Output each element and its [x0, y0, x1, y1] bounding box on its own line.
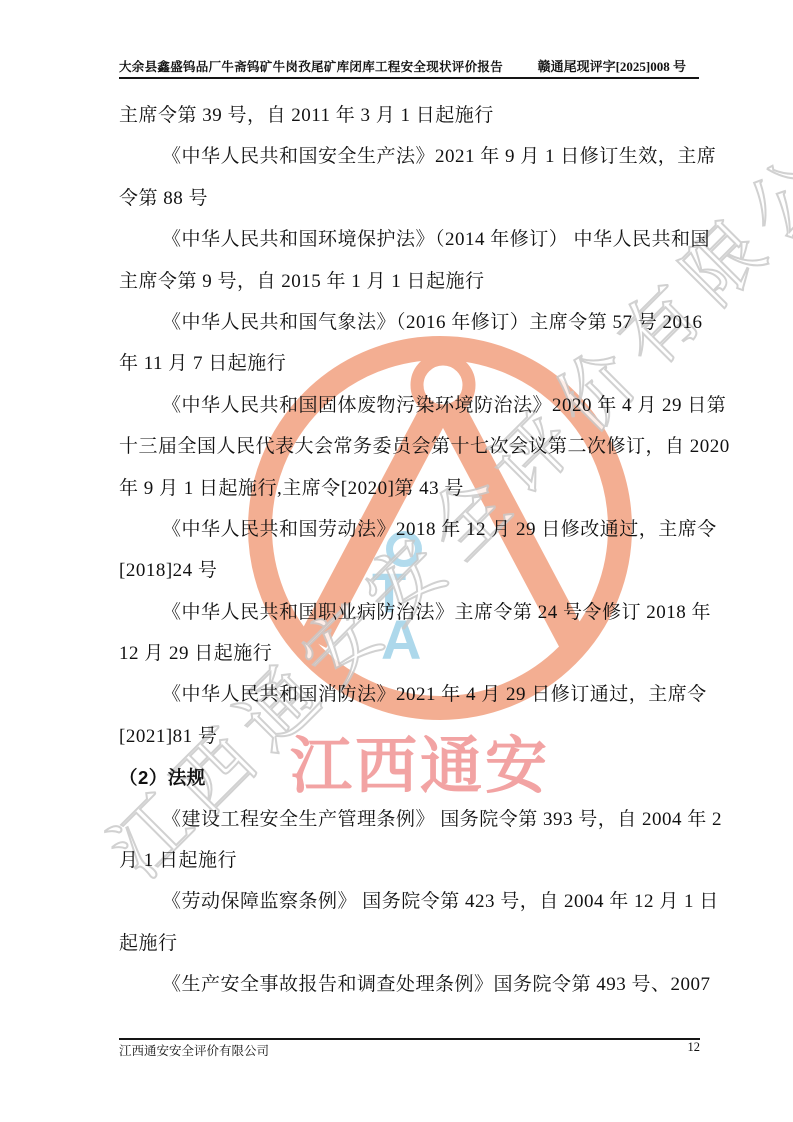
body-line: 《生产安全事故报告和调查处理条例》国务院令第 493 号、2007 — [119, 964, 701, 1005]
document-page: 大余县鑫盛钨品厂牛斋钨矿牛岗孜尾矿库闭库工程安全现状评价报告 赣通尾现评字[20… — [0, 0, 793, 1122]
body-line: 《中华人民共和国气象法》（2016 年修订）主席令第 57 号 2016 — [119, 302, 701, 343]
body-line: 年 9 月 1 日起施行,主席令[2020]第 43 号 — [119, 468, 701, 509]
footer-rule — [119, 1038, 700, 1040]
body-line: 《中华人民共和国劳动法》2018 年 12 月 29 日修改通过，主席令 — [119, 509, 701, 550]
page-number: 12 — [688, 1040, 701, 1055]
body-line: [2018]24 号 — [119, 550, 701, 591]
body-line: 主席令第 9 号，自 2015 年 1 月 1 日起施行 — [119, 261, 701, 302]
body-line: 月 1 日起施行 — [119, 840, 701, 881]
body-line: （2）法规 — [119, 757, 701, 798]
body-line: [2021]81 号 — [119, 716, 701, 757]
header-report-title: 大余县鑫盛钨品厂牛斋钨矿牛岗孜尾矿库闭库工程安全现状评价报告 — [119, 57, 503, 75]
body-line: 主席令第 39 号，自 2011 年 3 月 1 日起施行 — [119, 95, 701, 136]
header-rule — [119, 77, 699, 79]
body-line: 令第 88 号 — [119, 178, 701, 219]
body-line: 《中华人民共和国环境保护法》（2014 年修订） 中华人民共和国 — [119, 219, 701, 260]
header-doc-number: 赣通尾现评字[2025]008 号 — [538, 56, 686, 75]
body-line: 年 11 月 7 日起施行 — [119, 343, 701, 384]
body-line: 《中华人民共和国消防法》2021 年 4 月 29 日修订通过，主席令 — [119, 674, 701, 715]
body-line: 《中华人民共和国固体废物污染环境防治法》2020 年 4 月 29 日第 — [119, 385, 701, 426]
body-line: 起施行 — [119, 923, 701, 964]
body-line: 十三届全国人民代表大会常务委员会第十七次会议第二次修订，自 2020 — [119, 426, 701, 467]
body-line: 12 月 29 日起施行 — [119, 633, 701, 674]
body-line: 《劳动保障监察条例》 国务院令第 423 号，自 2004 年 12 月 1 日 — [119, 881, 701, 922]
body-line: 《建设工程安全生产管理条例》 国务院令第 393 号，自 2004 年 2 — [119, 799, 701, 840]
body-line: 《中华人民共和国安全生产法》2021 年 9 月 1 日修订生效，主席 — [119, 136, 701, 177]
body-line: 《中华人民共和国职业病防治法》主席令第 24 号令修订 2018 年 — [119, 592, 701, 633]
body-text: 主席令第 39 号，自 2011 年 3 月 1 日起施行《中华人民共和国安全生… — [119, 95, 701, 1006]
footer-company-name: 江西通安安全评价有限公司 — [119, 1041, 269, 1059]
